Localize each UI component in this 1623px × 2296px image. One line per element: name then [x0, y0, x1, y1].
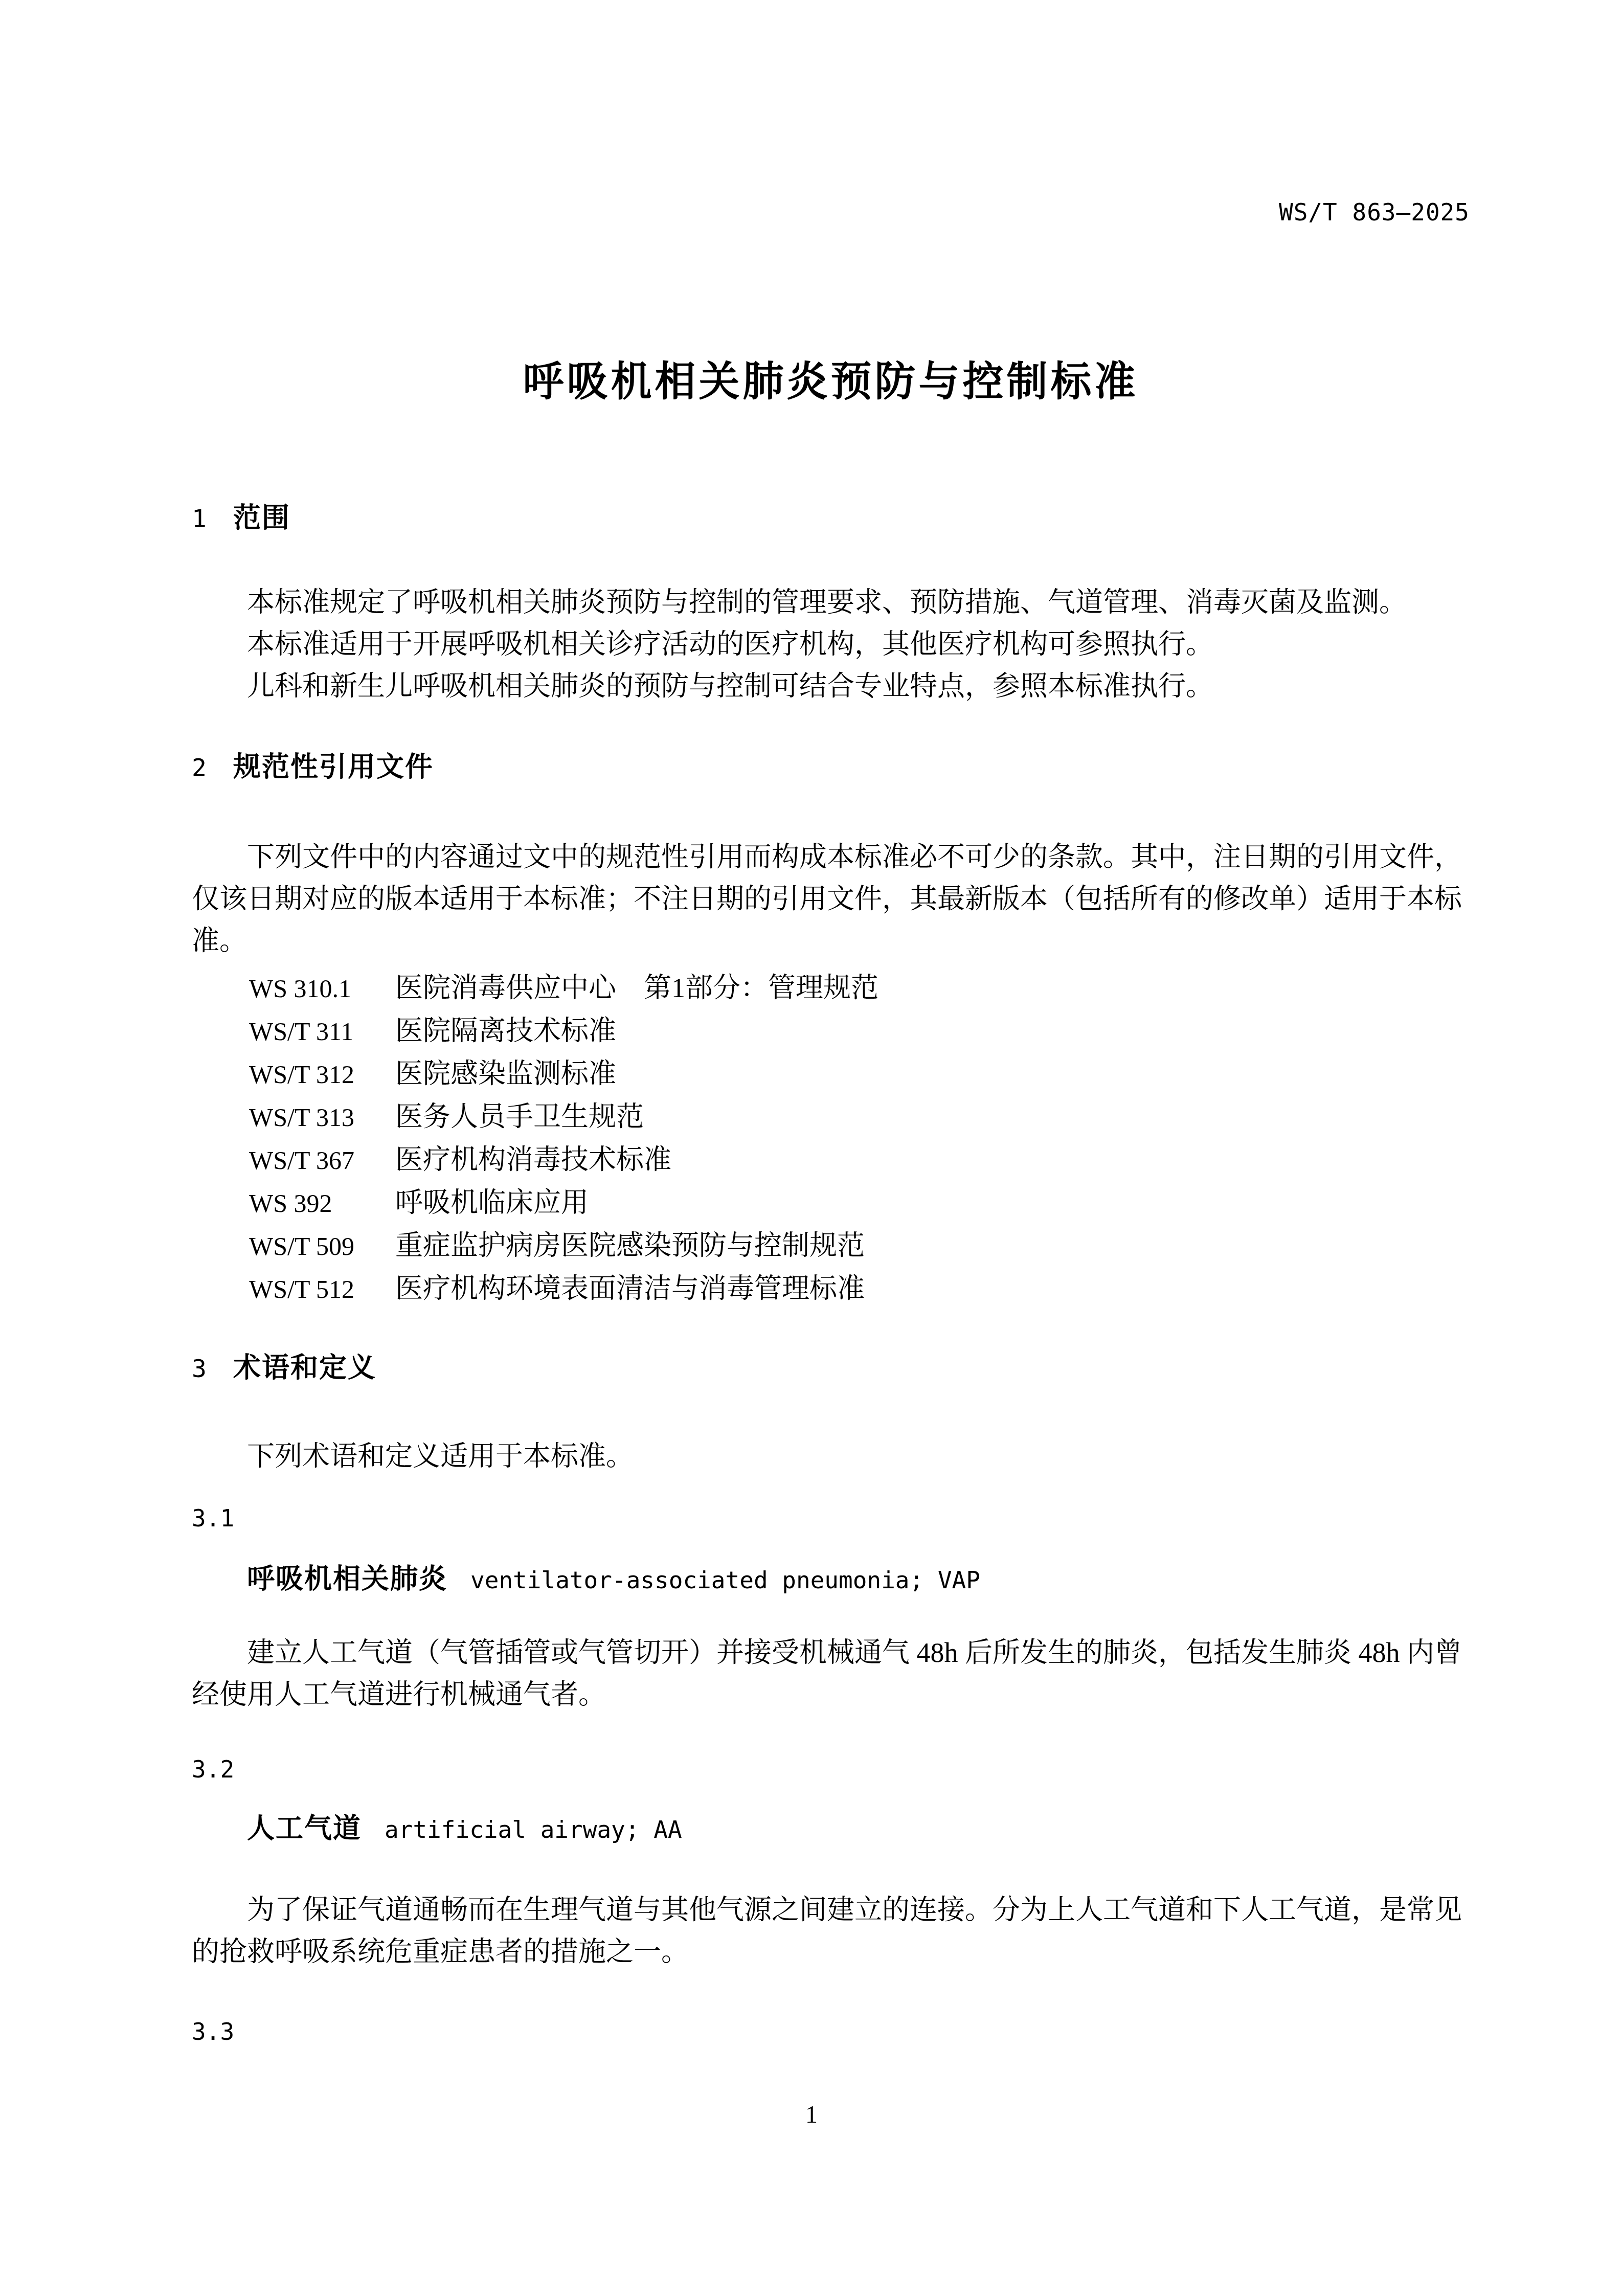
section-3-number: 3 [192, 1357, 207, 1381]
reference-item: WS/T 313 医务人员手卫生规范 [249, 1096, 1470, 1139]
reference-title: 呼吸机临床应用 [395, 1182, 589, 1224]
term-zh: 人工气道 [247, 1813, 362, 1844]
reference-code: WS/T 367 [249, 1139, 395, 1182]
reference-title: 医疗机构消毒技术标准 [395, 1139, 671, 1181]
reference-title: 重症监护病房医院感染预防与控制规范 [395, 1225, 865, 1267]
reference-code: WS/T 312 [249, 1053, 395, 1096]
term-en: ventilator-associated pneumonia; VAP [470, 1564, 980, 1596]
reference-item: WS/T 367 医疗机构消毒技术标准 [249, 1139, 1470, 1182]
section-2-number: 2 [192, 756, 207, 780]
document-title: 呼吸机相关肺炎预防与控制标准 [192, 361, 1470, 402]
term-entry: 人工气道 artificial airway; AA [192, 1813, 1470, 1845]
term-entry: 呼吸机相关肺炎 ventilator-associated pneumonia;… [192, 1563, 1470, 1596]
scope-paragraph: 儿科和新生儿呼吸机相关肺炎的预防与控制可结合专业特点，参照本标准执行。 [192, 665, 1470, 707]
term-zh: 呼吸机相关肺炎 [247, 1563, 447, 1595]
section-1-title: 范围 [233, 504, 290, 532]
reference-code: WS 310.1 [249, 967, 395, 1010]
reference-code: WS/T 512 [249, 1268, 395, 1311]
section-1-heading: 1 范围 [192, 504, 1470, 532]
section-2-title: 规范性引用文件 [233, 753, 434, 781]
section-3-heading: 3 术语和定义 [192, 1354, 1470, 1382]
reference-code: WS/T 509 [249, 1225, 395, 1268]
reference-title: 医疗机构环境表面清洁与消毒管理标准 [395, 1268, 865, 1310]
term-number: 3.2 [192, 1754, 1470, 1785]
reference-item: WS 392 呼吸机临床应用 [249, 1182, 1470, 1225]
scope-paragraph: 本标准规定了呼吸机相关肺炎预防与控制的管理要求、预防措施、气道管理、消毒灭菌及监… [192, 581, 1470, 623]
term-en: artificial airway; AA [385, 1814, 682, 1845]
page-number: 1 [0, 2103, 1623, 2127]
reference-code: WS/T 311 [249, 1010, 395, 1053]
normative-references-intro: 下列文件中的内容通过文中的规范性引用而构成本标准必不可少的条款。其中，注日期的引… [192, 836, 1470, 962]
term-definition: 为了保证气道通畅而在生理气道与其他气源之间建立的连接。分为上人工气道和下人工气道… [192, 1889, 1470, 1973]
section-3-title: 术语和定义 [233, 1354, 376, 1382]
scope-paragraph: 本标准适用于开展呼吸机相关诊疗活动的医疗机构，其他医疗机构可参照执行。 [192, 623, 1470, 665]
reference-item: WS/T 312 医院感染监测标准 [249, 1053, 1470, 1096]
normative-references-list: WS 310.1 医院消毒供应中心 第1部分：管理规范 WS/T 311 医院隔… [192, 967, 1470, 1311]
reference-item: WS/T 311 医院隔离技术标准 [249, 1010, 1470, 1053]
term-number: 3.1 [192, 1503, 1470, 1534]
reference-code: WS 392 [249, 1182, 395, 1225]
standard-code: WS/T 863—2025 [192, 200, 1470, 224]
reference-item: WS/T 512 医疗机构环境表面清洁与消毒管理标准 [249, 1268, 1470, 1311]
document-page: WS/T 863—2025 呼吸机相关肺炎预防与控制标准 1 范围 本标准规定了… [0, 0, 1623, 2296]
terms-intro: 下列术语和定义适用于本标准。 [192, 1435, 1470, 1477]
reference-code: WS/T 313 [249, 1096, 395, 1139]
reference-title: 医院感染监测标准 [395, 1053, 616, 1095]
section-2-heading: 2 规范性引用文件 [192, 753, 1470, 781]
section-1-body: 本标准规定了呼吸机相关肺炎预防与控制的管理要求、预防措施、气道管理、消毒灭菌及监… [192, 581, 1470, 707]
reference-title: 医院消毒供应中心 第1部分：管理规范 [395, 967, 878, 1009]
reference-title: 医务人员手卫生规范 [395, 1096, 644, 1138]
term-number: 3.3 [192, 2016, 1470, 2047]
reference-item: WS 310.1 医院消毒供应中心 第1部分：管理规范 [249, 967, 1470, 1010]
reference-title: 医院隔离技术标准 [395, 1010, 616, 1052]
reference-item: WS/T 509 重症监护病房医院感染预防与控制规范 [249, 1225, 1470, 1268]
section-1-number: 1 [192, 507, 207, 531]
term-definition: 建立人工气道（气管插管或气管切开）并接受机械通气 48h 后所发生的肺炎，包括发… [192, 1632, 1470, 1716]
document-content: WS/T 863—2025 呼吸机相关肺炎预防与控制标准 1 范围 本标准规定了… [0, 200, 1623, 2047]
